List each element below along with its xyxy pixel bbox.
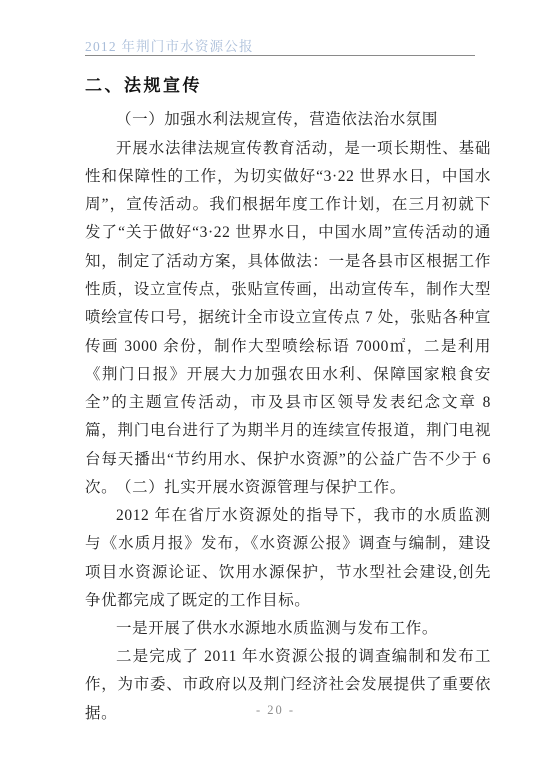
header-divider	[85, 55, 475, 56]
document-page: 2012 年荆门市水资源公报 二、法规宣传 （一）加强水利法规宣传，营造依法治水…	[0, 0, 551, 779]
page-footer: - 20 -	[0, 703, 551, 718]
section-heading: 二、法规宣传	[85, 71, 202, 96]
paragraph-3: 一是开展了供水水源地水质监测与发布工作。	[85, 615, 491, 643]
subsection-heading-1: （一）加强水利法规宣传，营造依法治水氛围	[85, 106, 491, 134]
subsection-heading-2: （二）扎实开展水资源管理与保护工作。	[85, 474, 491, 502]
running-header-title: 2012 年荆门市水资源公报	[85, 35, 475, 55]
paragraph-2: 2012 年在省厅水资源处的指导下，我市的水质监测与《水质月报》发布，《水资源公…	[85, 502, 491, 615]
page-number: - 20 -	[256, 703, 295, 717]
paragraph-1: 开展水法律法规宣传教育活动，是一项长期性、基础性和保障性的工作，为切实做好“3·…	[85, 135, 491, 503]
